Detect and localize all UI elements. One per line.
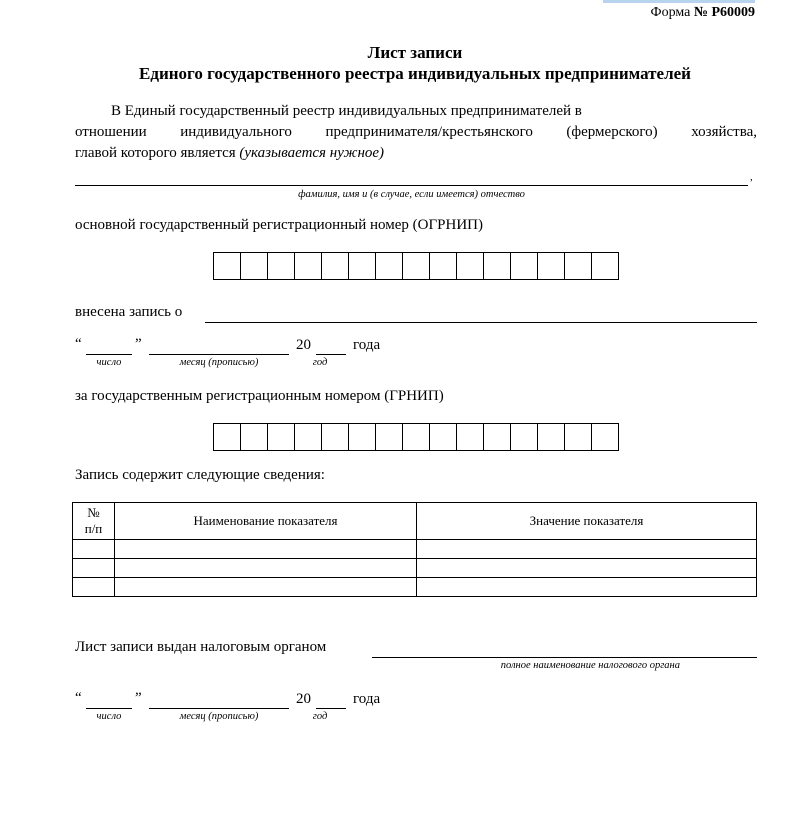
- grnip-digit-box[interactable]: [268, 424, 295, 450]
- document-subtitle: Единого государственного реестра индивид…: [72, 63, 758, 84]
- table-row: [73, 540, 757, 559]
- ogrnip-digit-box[interactable]: [511, 253, 538, 279]
- day-close-quote: ”: [135, 336, 142, 353]
- grnip-digit-box[interactable]: [430, 424, 457, 450]
- grnip-digit-box[interactable]: [376, 424, 403, 450]
- grnip-digit-box[interactable]: [565, 424, 592, 450]
- ogrnip-digit-box[interactable]: [241, 253, 268, 279]
- ogrnip-digit-box[interactable]: [457, 253, 484, 279]
- day-hint: число: [86, 711, 132, 722]
- month-hint: месяц (прописью): [149, 357, 289, 368]
- year-prefix: 20: [296, 337, 311, 354]
- intro-line-2: отношении индивидуального предпринимател…: [75, 122, 757, 143]
- grnip-digit-box[interactable]: [403, 424, 430, 450]
- header-indicator-value: Значение показателя: [417, 503, 757, 540]
- record-field[interactable]: [205, 322, 757, 323]
- cell-indicator-value[interactable]: [417, 559, 757, 578]
- issued-label: Лист записи выдан налоговым органом: [75, 639, 326, 656]
- form-number: Форма № Р60009: [651, 5, 755, 21]
- grnip-label: за государственным регистрационным номер…: [75, 388, 444, 405]
- ogrnip-digit-box[interactable]: [349, 253, 376, 279]
- grnip-digit-box[interactable]: [295, 424, 322, 450]
- year-field[interactable]: [316, 708, 346, 709]
- ogrnip-digit-box[interactable]: [403, 253, 430, 279]
- day-open-quote: “: [75, 336, 82, 353]
- ogrnip-digit-box[interactable]: [592, 253, 619, 279]
- day-close-quote: ”: [135, 690, 142, 707]
- record-label: внесена запись о: [75, 304, 182, 321]
- header-number: №п/п: [73, 503, 115, 540]
- header-indicator-name: Наименование показателя: [115, 503, 417, 540]
- month-field[interactable]: [149, 708, 289, 709]
- year-hint: год: [300, 357, 340, 368]
- year-suffix: года: [353, 337, 380, 354]
- grnip-digit-box[interactable]: [322, 424, 349, 450]
- year-suffix: года: [353, 691, 380, 708]
- ogrnip-digit-box[interactable]: [322, 253, 349, 279]
- table-header-row: №п/п Наименование показателя Значение по…: [73, 503, 757, 540]
- grnip-digit-box[interactable]: [592, 424, 619, 450]
- cell-number[interactable]: [73, 540, 115, 559]
- year-hint: год: [300, 711, 340, 722]
- ogrnip-digit-box[interactable]: [430, 253, 457, 279]
- grnip-digit-box[interactable]: [538, 424, 565, 450]
- month-hint: месяц (прописью): [149, 711, 289, 722]
- intro-line-1: В Единый государственный реестр индивиду…: [75, 101, 757, 122]
- cell-indicator-name[interactable]: [115, 559, 417, 578]
- intro-line-3: главой которого является (указывается ну…: [75, 143, 757, 164]
- cell-number[interactable]: [73, 559, 115, 578]
- grnip-digit-box[interactable]: [457, 424, 484, 450]
- month-field[interactable]: [149, 354, 289, 355]
- grnip-digit-box[interactable]: [349, 424, 376, 450]
- document-title: Лист записи: [72, 42, 758, 63]
- grnip-boxes[interactable]: [213, 423, 619, 451]
- ogrnip-digit-box[interactable]: [214, 253, 241, 279]
- grnip-digit-box[interactable]: [511, 424, 538, 450]
- ogrnip-digit-box[interactable]: [268, 253, 295, 279]
- ogrnip-digit-box[interactable]: [295, 253, 322, 279]
- issued-field[interactable]: [372, 657, 757, 658]
- year-prefix: 20: [296, 691, 311, 708]
- trailing-comma: ,: [750, 171, 753, 183]
- table-intro: Запись содержит следующие сведения:: [75, 467, 325, 484]
- table-row: [73, 559, 757, 578]
- ogrnip-digit-box[interactable]: [376, 253, 403, 279]
- issued-hint: полное наименование налогового органа: [260, 660, 680, 671]
- grnip-digit-box[interactable]: [214, 424, 241, 450]
- details-table: №п/п Наименование показателя Значение по…: [72, 502, 757, 597]
- day-field[interactable]: [86, 708, 132, 709]
- cell-number[interactable]: [73, 578, 115, 597]
- name-field[interactable]: [75, 185, 748, 186]
- grnip-digit-box[interactable]: [484, 424, 511, 450]
- cell-indicator-name[interactable]: [115, 540, 417, 559]
- table-row: [73, 578, 757, 597]
- cell-indicator-name[interactable]: [115, 578, 417, 597]
- grnip-digit-box[interactable]: [241, 424, 268, 450]
- ogrnip-digit-box[interactable]: [484, 253, 511, 279]
- name-hint: фамилия, имя и (в случае, если имеется) …: [75, 189, 748, 200]
- cell-indicator-value[interactable]: [417, 578, 757, 597]
- ogrnip-boxes[interactable]: [213, 252, 619, 280]
- cell-indicator-value[interactable]: [417, 540, 757, 559]
- ogrnip-digit-box[interactable]: [538, 253, 565, 279]
- day-field[interactable]: [86, 354, 132, 355]
- ogrnip-label: основной государственный регистрационный…: [75, 217, 483, 234]
- day-open-quote: “: [75, 690, 82, 707]
- selection-highlight-bar: [603, 0, 755, 3]
- year-field[interactable]: [316, 354, 346, 355]
- day-hint: число: [86, 357, 132, 368]
- ogrnip-digit-box[interactable]: [565, 253, 592, 279]
